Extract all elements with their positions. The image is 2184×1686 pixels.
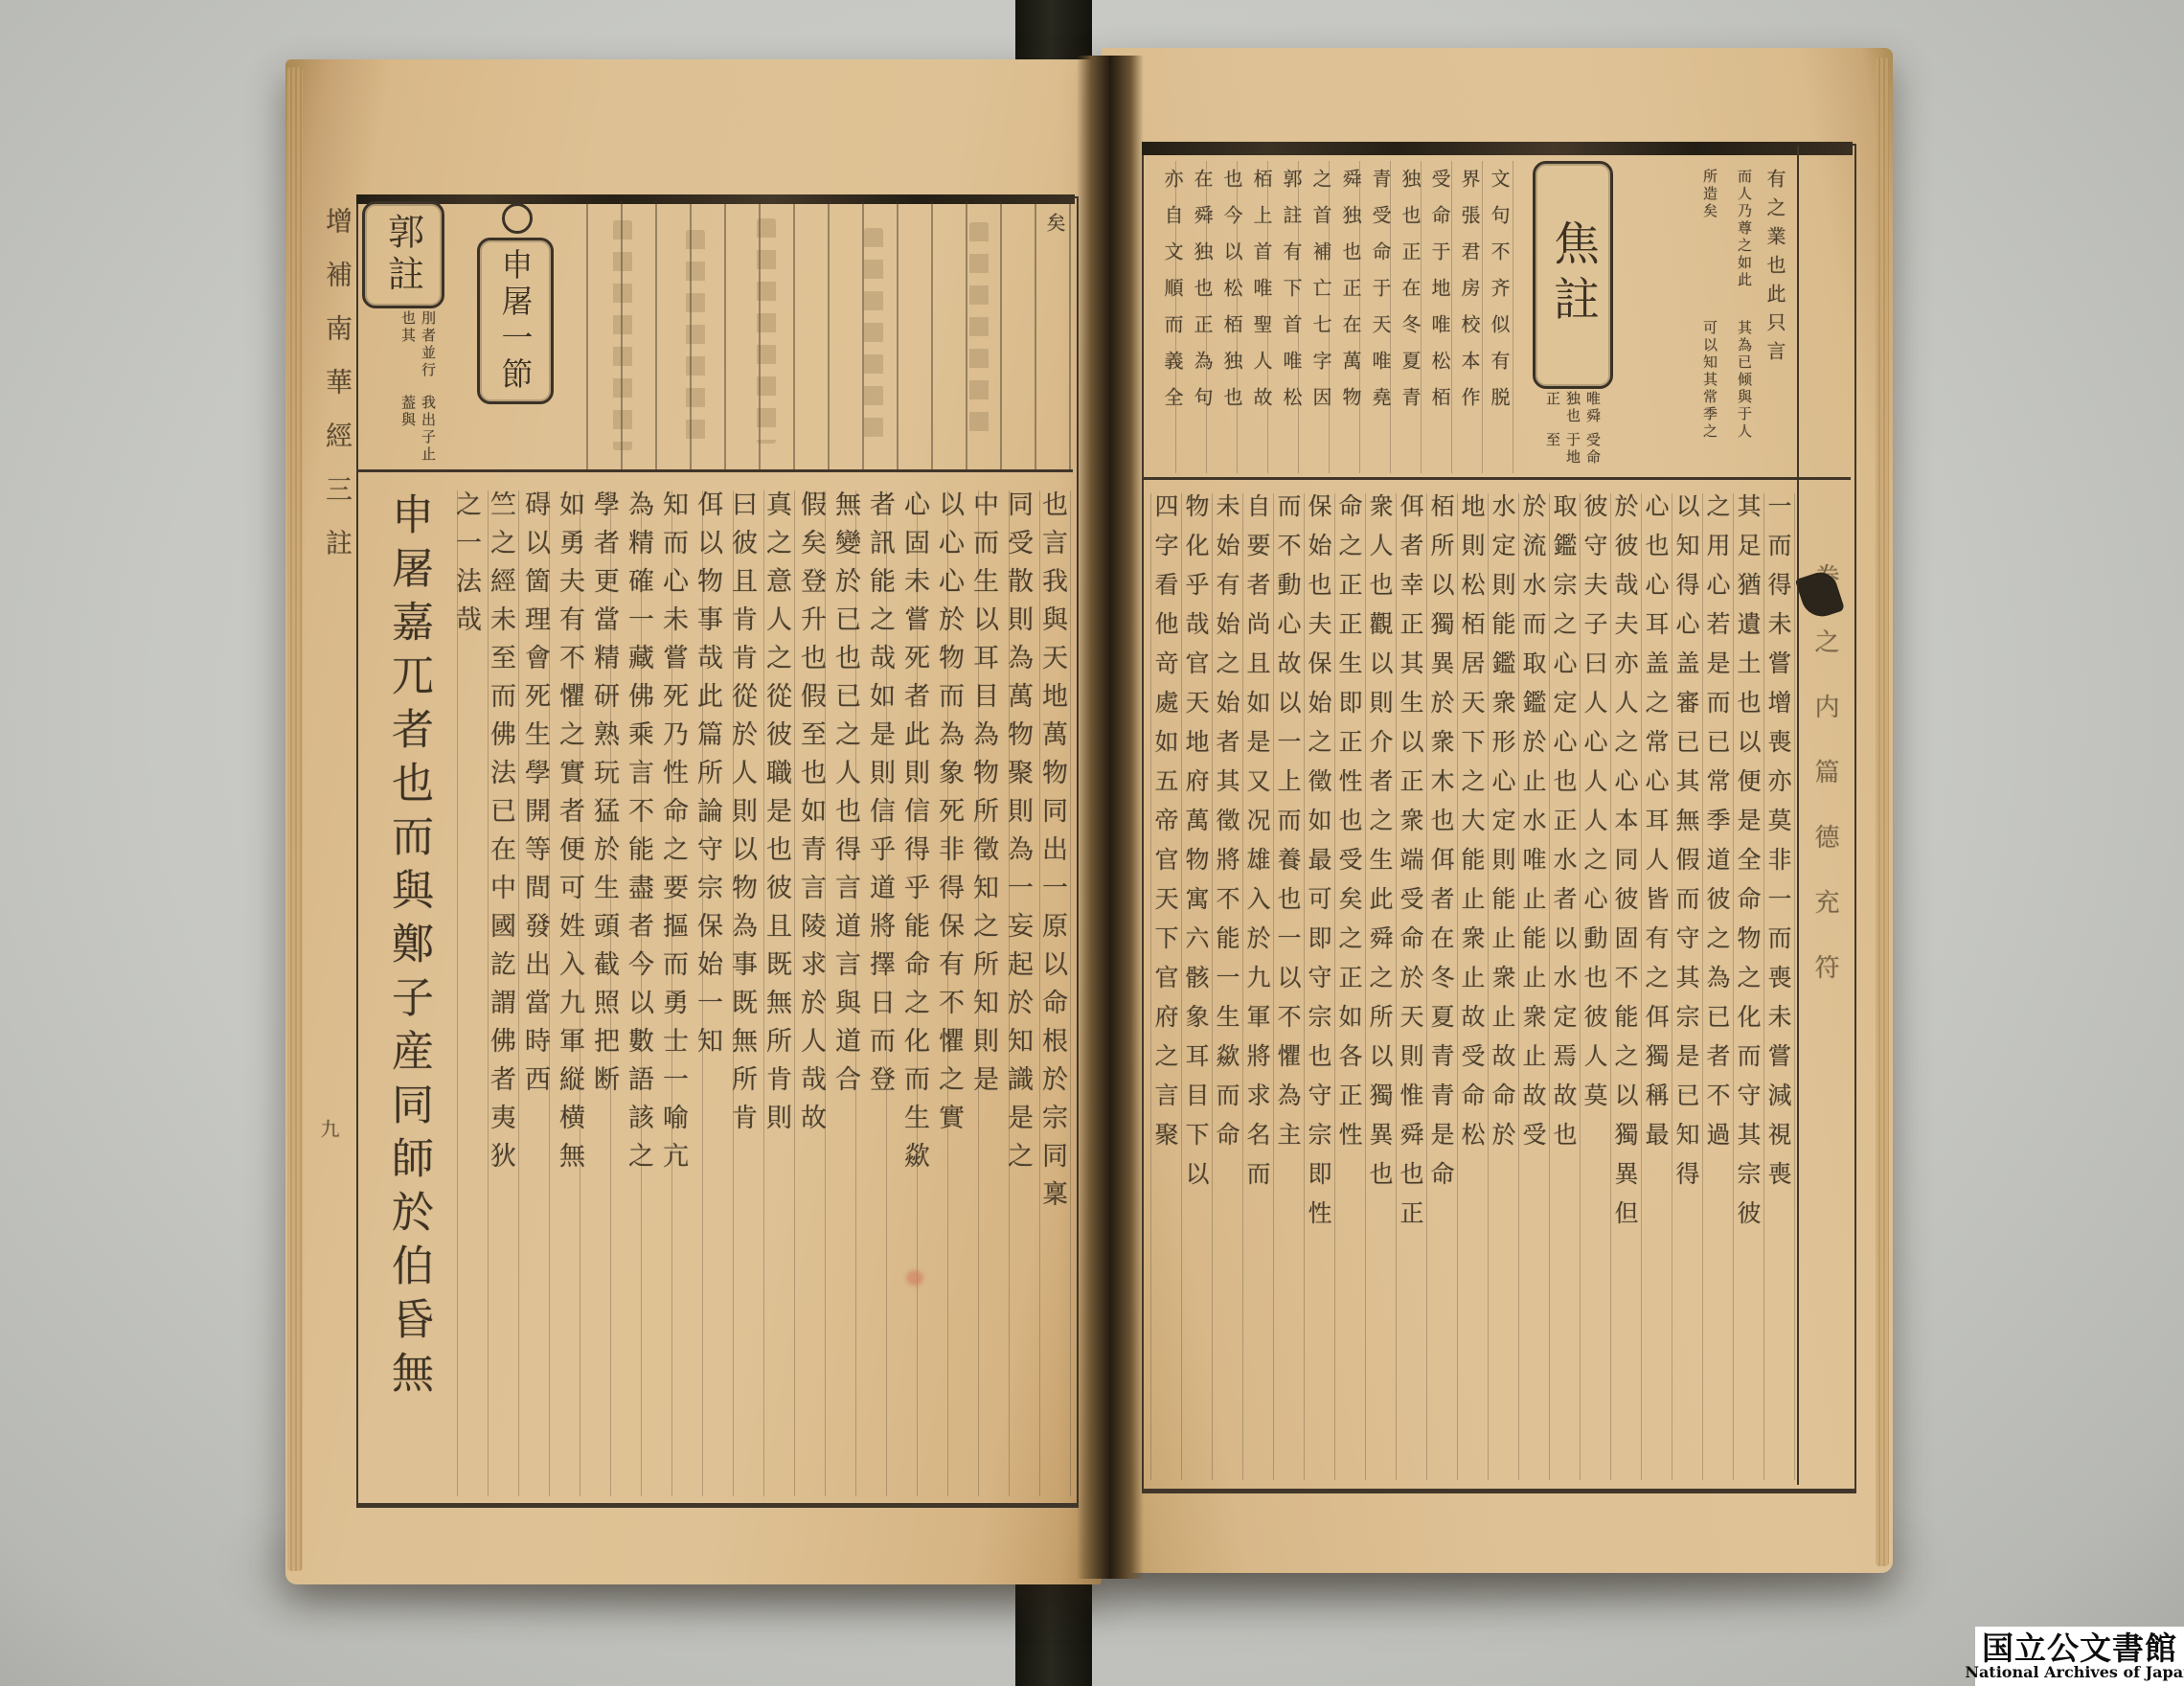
text-column: 文句不齐似有脱: [1488, 169, 1513, 471]
text-column: 佴以物事哉此篇所論守宗保始一知: [695, 490, 726, 1496]
text-column: 栢上首唯聖人故: [1250, 169, 1276, 471]
text-column: 為精確一藏佛乘言不能盡者今以數語該之: [626, 490, 657, 1496]
text-column: 之一法哉: [454, 490, 485, 1496]
text-column: 界張君房校本作: [1458, 169, 1484, 471]
section-circle-mark: [502, 203, 533, 234]
text-column: 如勇夫有不懼之實者便可姓入九軍縦横無: [557, 490, 588, 1496]
right-header-cols-left: 文句不齐似有脱界張君房校本作受命于地唯松栢独也正在冬夏青青受命于天唯堯舜独也正在…: [1157, 169, 1513, 471]
section-label: 申屠一節: [493, 248, 538, 394]
text-column: 無變於已也已之人也得言道言與道合: [833, 490, 864, 1496]
showthrough-mark: [686, 230, 705, 441]
showthrough-mark: [864, 228, 883, 444]
left-header-separator: [358, 469, 1073, 472]
red-stain: [906, 1270, 923, 1286]
text-column: 也言我與天地萬物同出一原以命根於宗同稟: [1040, 490, 1071, 1496]
text-subcolumn: 其為已倾與于人: [1740, 320, 1755, 471]
left-margin-page-mark: 九: [320, 1119, 343, 1157]
photo-of-open-book: 郭註 我出子止葢與刖者並行也其 申屠一節 矣 也言我與天地萬物同出一原以命根於宗…: [0, 0, 2184, 1686]
left-margin-running-title: 增補南華經三註: [316, 207, 356, 638]
text-column: 受命于地至唯舜独也正: [1569, 391, 1604, 473]
archive-name-en: National Archives of Japan: [1965, 1665, 2184, 1680]
text-subcolumn: 可以知其常季之: [1706, 320, 1720, 471]
text-column: 舜独也正在萬物: [1339, 169, 1365, 471]
text-column: 在舜独也正為句: [1191, 169, 1217, 471]
text-column: 其為已倾與于人而人乃尊之如此: [1724, 169, 1755, 471]
left-page-commentary-columns: 也言我與天地萬物同出一原以命根於宗同稟同受散則為萬物聚則為一妄起於知識是之中而生…: [450, 490, 1071, 1496]
text-column: 郭註有下首唯松: [1280, 169, 1306, 471]
text-column: 心固未嘗死者此則信得乎能命之化而生歘: [902, 490, 933, 1496]
text-subcolumn: 唯舜独也正: [1589, 391, 1604, 432]
page-block-edge-left: [287, 67, 303, 1571]
text-column: 碍以箇理會死生學開等間發出當時西: [523, 490, 554, 1496]
text-column: 同受散則為萬物聚則為一妄起於知識是之: [1006, 490, 1036, 1496]
text-column: 心也心耳盖之常心耳人皆有之佴獨稱最: [1645, 493, 1672, 1480]
left-commentary-note: 我出子止葢與刖者並行也其: [366, 310, 439, 479]
text-column: 者訊能之哉如是則信乎道將擇日而登: [868, 490, 899, 1496]
text-column: 佴者幸正其生以正衆端受命於天則惟舜也正: [1399, 493, 1427, 1480]
right-frame-top-bar: [1142, 142, 1853, 155]
left-commentary-label-box: 郭註: [362, 201, 444, 308]
text-column: 於流水而取鑑於止水唯止能止衆止故受: [1522, 493, 1550, 1480]
showthrough-mark: [969, 222, 989, 443]
text-column: 曰彼且肯肯從於人則以物為事既無所肯: [730, 490, 761, 1496]
text-column: 一而得未嘗增喪亦莫非一而喪未嘗減視喪: [1767, 493, 1795, 1480]
text-column: 衆人也觀以則介者之生此舜之所以獨異也: [1369, 493, 1397, 1480]
text-column: 亦自文順而義全: [1161, 169, 1187, 471]
text-column: 之用心若是而已常季道彼之為已者不過: [1706, 493, 1734, 1480]
center-fold-gap: [1077, 56, 1144, 1579]
text-column: 知而心未嘗死乃性命之要摳而勇士一喻亢: [661, 490, 692, 1496]
text-column: 未始有始之始者其徵將不能一生歘而命: [1216, 493, 1243, 1480]
text-column: 青受命于天唯堯: [1369, 169, 1395, 471]
text-column: 水定則能鑑衆形心定則能止衆止故命於: [1491, 493, 1519, 1480]
page-block-edge-right: [1876, 57, 1889, 1566]
text-column: 真之意人之從彼職是也彼且既無所肯則: [764, 490, 795, 1496]
text-column: 而不動心故以一上而養也一以不懼為主: [1277, 493, 1305, 1480]
text-column: 物化乎哉官天地府萬物寓六骸象耳目下以: [1185, 493, 1213, 1480]
showthrough-mark: [757, 218, 776, 444]
text-column: 独也正在冬夏青: [1399, 169, 1424, 471]
text-column: 彼守夫子曰人心人人之心動也彼人莫: [1583, 493, 1611, 1480]
right-header-below-label: 受命于地至唯舜独也正: [1536, 391, 1604, 473]
left-commentary-label: 郭註: [377, 213, 430, 297]
text-column: 中而生以耳目為物所徵知之所知則是: [971, 490, 1002, 1496]
text-subcolumn: 受命于地至: [1589, 432, 1604, 473]
archive-watermark: 国立公文書館 National Archives of Japan: [1975, 1627, 2184, 1686]
text-subcolumn: 而人乃尊之如此: [1740, 169, 1755, 320]
right-page-commentary-columns: 一而得未嘗增喪亦莫非一而喪未嘗減視喪其足猶遺土也以便是全命物之化而守其宗彼之用心…: [1149, 493, 1795, 1480]
section-label-box: 申屠一節: [477, 238, 554, 404]
text-subcolumn: 我出子止葢與: [424, 395, 439, 479]
text-column: 可以知其常季之所造矣: [1690, 169, 1720, 471]
text-column: 其足猶遺土也以便是全命物之化而守其宗彼: [1737, 493, 1764, 1480]
text-column: 自要者尚且如是又况雄入於九軍將求名而: [1246, 493, 1274, 1480]
right-header-cols-right: 有之業也此只言其為已倾與于人而人乃尊之如此可以知其常季之所造矣: [1619, 169, 1789, 471]
text-column: 於彼哉夫亦人之心本同彼固不能之以獨異但: [1614, 493, 1642, 1480]
text-column: 學者更當精研熟玩猛於生頭截照把断: [592, 490, 623, 1496]
text-column: 以心心於物而為象死非得保有不懼之實: [937, 490, 967, 1496]
right-commentary-label: 焦註: [1540, 219, 1606, 330]
text-column: 之首補亡七字因: [1309, 169, 1335, 471]
left-page-main-text: 申屠嘉兀者也而與鄭子産同師於伯昏無: [379, 492, 439, 1496]
text-column: 保始也夫保始之徵如最可即守宗也守宗即性: [1308, 493, 1335, 1480]
left-header-stray-char: 矣: [1048, 213, 1069, 270]
showthrough-mark: [613, 220, 632, 450]
text-column: 命之正正生即正性也受矣之正如各正性: [1338, 493, 1366, 1480]
right-header-separator: [1144, 477, 1851, 480]
text-column: 受命于地唯松栢: [1428, 169, 1454, 471]
text-column: 也今以松栢独也: [1220, 169, 1246, 471]
text-column: 栢所以獨異於衆木也佴者在冬夏青青是命: [1430, 493, 1458, 1480]
right-commentary-label-box: 焦註: [1533, 161, 1613, 389]
text-column: 竺之經未至而佛法已在中國訖謂佛者夷狄: [489, 490, 519, 1496]
text-column: 有之業也此只言: [1759, 169, 1789, 471]
text-column: 以知得心盖審已其無假而守其宗是已知得: [1675, 493, 1703, 1480]
right-margin-rule: [1797, 146, 1799, 1485]
archive-name-jp: 国立公文書館: [1982, 1632, 2177, 1664]
text-column: 取鑑宗之心定心也正水者以水定焉故也: [1553, 493, 1581, 1480]
text-column: 假矣登升也假至也如青言陵求於人哉故: [799, 490, 830, 1496]
right-margin-running-title: 卷之内篇德充符: [1805, 563, 1843, 1061]
text-subcolumn: 所造矣: [1706, 169, 1720, 320]
text-column: 四字看他竒處如五帝官天下官府之言聚: [1154, 493, 1182, 1480]
text-subcolumn: 刖者並行也其: [424, 310, 439, 395]
text-column: 我出子止葢與刖者並行也其: [402, 310, 439, 479]
text-column: 地則松栢居天下之大能止衆止故受命松: [1461, 493, 1489, 1480]
